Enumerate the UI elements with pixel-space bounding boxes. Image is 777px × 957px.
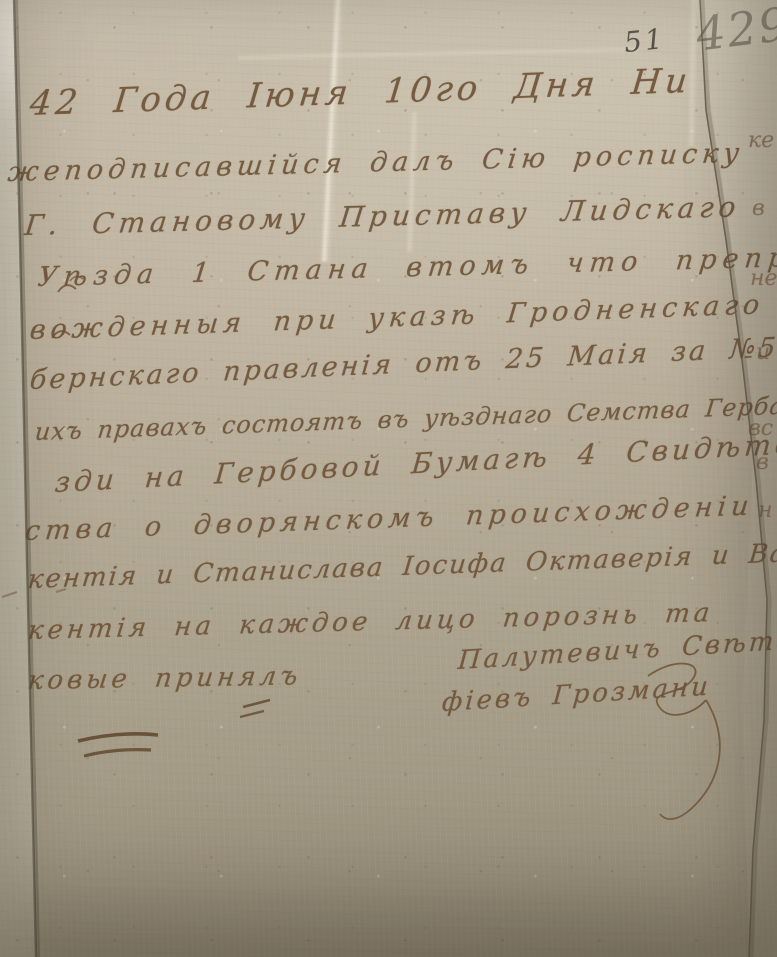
manuscript-line-10: кентія и Станислава Іосифа Октаверія и В…	[26, 538, 777, 595]
adjacent-page-fragment-5: вс	[748, 416, 773, 441]
adjacent-page-fragment-1: ке	[748, 128, 774, 153]
adjacent-page-fragment-2: в	[752, 196, 765, 221]
manuscript-line-9: ства о дворянскомъ происхожденіи Ви	[23, 488, 777, 547]
signature-line-2: фіевъ Грозмани	[441, 671, 712, 718]
manuscript-line-2: жеподписавшійся далъ Сію росписку	[6, 138, 746, 188]
page-number: 51	[622, 22, 667, 59]
equals-mark	[243, 700, 270, 707]
adjacent-page-fragment-4: и	[756, 340, 770, 365]
paper-crease	[238, 46, 638, 61]
archival-number: 429	[693, 0, 777, 62]
manuscript-line-4: Уѣзда 1 Стана втомъ что препро	[36, 242, 777, 293]
signature-flourish	[660, 700, 720, 819]
adjacent-page-fragment-6: в	[756, 450, 769, 475]
underline-flourish	[84, 750, 151, 756]
equals-mark	[240, 711, 264, 717]
underlying-sheet-left-edge	[0, 0, 60, 957]
adjacent-page-fragment-7: н	[758, 498, 773, 523]
adjacent-page-fragment-3: не	[750, 266, 777, 291]
manuscript-line-12: ковые принялъ	[26, 661, 303, 696]
manuscript-line-1: 42 Года Іюня 10го Дня Ни	[28, 61, 693, 124]
underline-flourish	[78, 734, 158, 741]
manuscript-photo: 51 429 42 Года Іюня 10го Дня Нижеподписа…	[0, 0, 777, 957]
manuscript-line-3: Г. Становому Приставу Лидскаго	[23, 190, 742, 242]
